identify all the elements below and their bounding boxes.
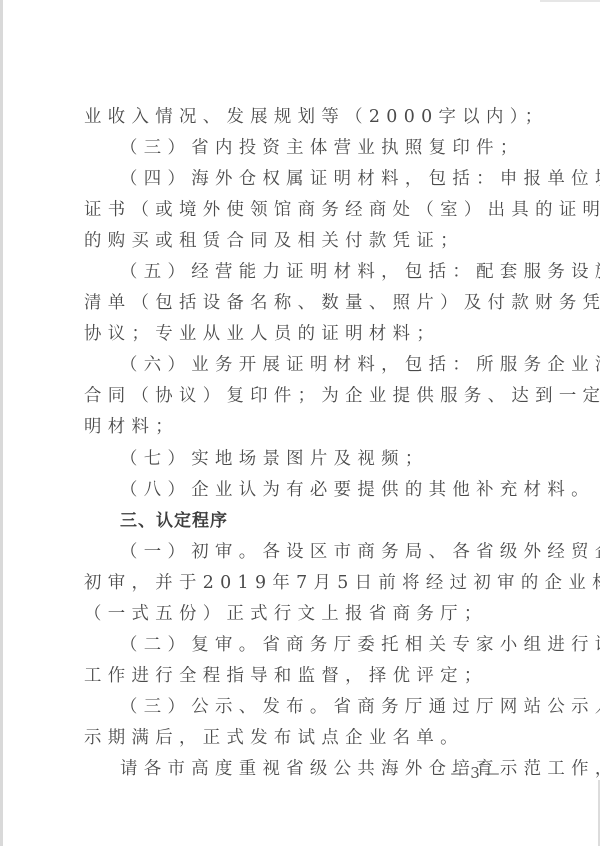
- list-item-5: （五）经营能力证明材料，包括：配套服务设施如设备购买: [84, 257, 518, 288]
- procedure-item-2: （二）复审。省商务厅委托相关专家小组进行评审，对评审: [84, 630, 518, 661]
- list-item-3: （三）省内投资主体营业执照复印件；: [84, 133, 518, 164]
- body-line: 业收入情况、发展规划等（2000字以内）；: [84, 102, 518, 133]
- body-line: 初审，并于2019年7月5日前将经过初审的企业材料装订成册: [84, 568, 518, 599]
- body-line: 工作进行全程指导和监督，择优评定；: [84, 661, 518, 692]
- page-number: — 3 —: [447, 762, 503, 784]
- body-line: （一式五份）正式行文上报省商务厅；: [84, 599, 518, 630]
- body-line: 示期满后，正式发布试点企业名单。: [84, 723, 518, 754]
- list-item-4: （四）海外仓权属证明材料，包括：申报单位境外投资批准: [84, 164, 518, 195]
- procedure-item-1: （一）初审。各设区市商务局、各省级外经贸企业集团负责: [84, 537, 518, 568]
- body-line: 清单（包括设备名称、数量、照片）及付款财务凭证或设备租赁: [84, 288, 518, 319]
- body-line: 合同（协议）复印件；为企业提供服务、达到一定经营规模的证: [84, 381, 518, 412]
- body-line: 的购买或租赁合同及相关付款凭证；: [84, 226, 518, 257]
- document-body: 业收入情况、发展规划等（2000字以内）； （三）省内投资主体营业执照复印件； …: [84, 102, 518, 785]
- section-heading: 三、认定程序: [84, 506, 518, 537]
- list-item-6: （六）业务开展证明材料，包括：所服务企业清单及签订的: [84, 350, 518, 381]
- body-line: 协议；专业从业人员的证明材料；: [84, 319, 518, 350]
- body-line: 证书（或境外使领馆商务经商处（室）出具的证明材料）；仓库: [84, 195, 518, 226]
- scan-edge-top: [540, 0, 600, 2]
- list-item-7: （七）实地场景图片及视频；: [84, 444, 518, 475]
- body-line: 明材料；: [84, 412, 518, 443]
- list-item-8: （八）企业认为有必要提供的其他补充材料。: [84, 475, 518, 506]
- scan-edge-left: [0, 0, 3, 846]
- procedure-item-3: （三）公示、发布。省商务厅通过厅网站公示入选名单。公: [84, 692, 518, 723]
